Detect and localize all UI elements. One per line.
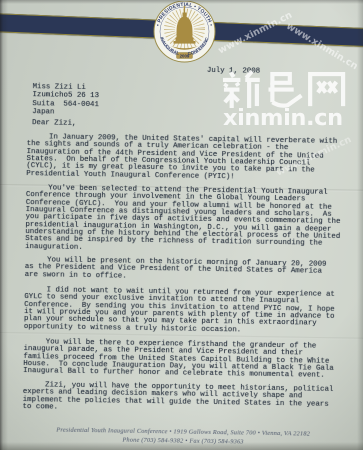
cjk-char-min bbox=[269, 74, 302, 106]
cjk-char-xin bbox=[223, 71, 260, 108]
letter-paragraph: I did not want to wait until you returne… bbox=[24, 287, 353, 336]
xinmin-url-watermark: xinmin.cn bbox=[223, 105, 343, 131]
pyic-seal: 2009 • PRESIDENTIAL • YOUTH • INAUGURAL … bbox=[151, 1, 218, 64]
salutation: Dear Zizi, bbox=[32, 120, 76, 128]
cjk-char-wang bbox=[310, 74, 343, 106]
recipient-address: Miss Zizi Li Izumicho5 26 13 Suita 564-0… bbox=[32, 83, 99, 118]
letter-paragraph: Zizi, you will have the opportunity to m… bbox=[23, 382, 351, 417]
letter-paragraph: You will be present on the historic morn… bbox=[25, 257, 353, 284]
letter-paragraph: You will be there to experience firsthan… bbox=[23, 339, 352, 381]
letter-paragraph: You've been selected to attend the Presi… bbox=[25, 185, 354, 256]
letterhead-footer: Presidential Youth Inaugural Conference … bbox=[20, 426, 346, 448]
photo-of-invitation-letter: 2009 • PRESIDENTIAL • YOUTH • INAUGURAL … bbox=[0, 0, 363, 450]
